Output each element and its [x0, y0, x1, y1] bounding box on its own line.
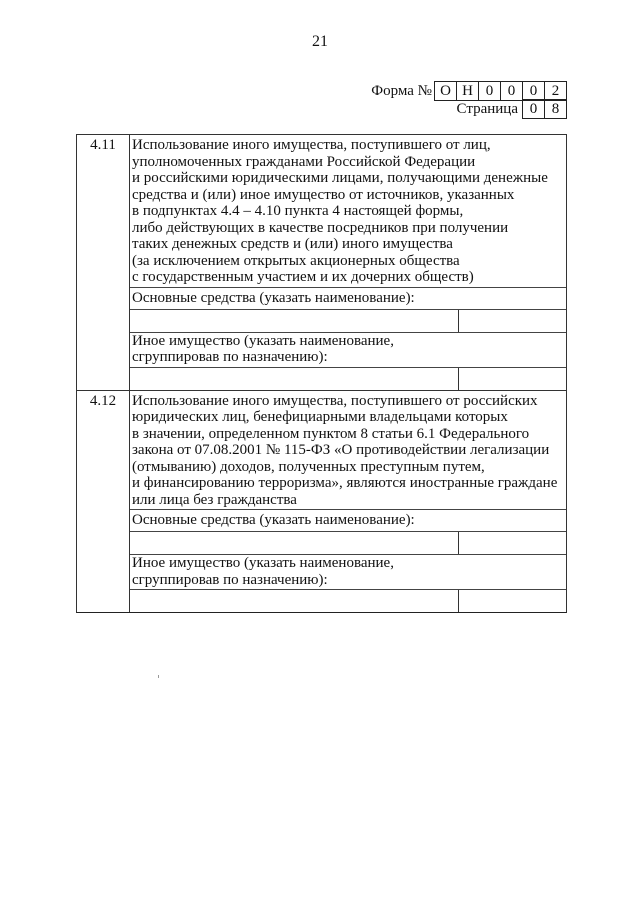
- property-usage-table: 4.11 Использование иного имущества, пост…: [76, 134, 567, 613]
- header-line: Использование иного имущества, поступивш…: [132, 137, 566, 154]
- header-line: (отмыванию) доходов, полученных преступн…: [132, 459, 566, 476]
- fixed-assets-value-field[interactable]: [459, 532, 566, 554]
- header-line: и финансированию терроризма», являются и…: [132, 475, 566, 492]
- other-property-name-field[interactable]: [130, 590, 459, 612]
- fixed-assets-name-field[interactable]: [130, 532, 459, 554]
- form-code-box: 0: [500, 81, 523, 101]
- header-line: Использование иного имущества, поступивш…: [132, 393, 566, 410]
- section-number: 4.11: [77, 135, 130, 390]
- other-property-label: Иное имущество (указать наименование, сг…: [130, 554, 566, 589]
- label-line: Иное имущество (указать наименование,: [132, 555, 566, 572]
- header-line: или лица без гражданства: [132, 492, 566, 509]
- other-property-entry-row[interactable]: [130, 589, 566, 612]
- form-code-boxes: О Н 0 0 0 2: [434, 81, 567, 101]
- header-line: либо действующих в качестве посредников …: [132, 220, 566, 237]
- header-line: с государственным участием и их дочерних…: [132, 269, 566, 286]
- fixed-assets-entry-row[interactable]: [130, 309, 566, 332]
- form-code-box: 0: [522, 81, 545, 101]
- other-property-entry-row[interactable]: [130, 367, 566, 390]
- label-line: сгруппировав по назначению):: [132, 572, 566, 589]
- section-4-11: 4.11 Использование иного имущества, пост…: [77, 135, 566, 390]
- scan-speck: [158, 675, 159, 678]
- header-line: таких денежных средств и (или) иного иму…: [132, 236, 566, 253]
- header-line: и российскими юридическими лицами, получ…: [132, 170, 566, 187]
- page-number-box: 8: [544, 99, 567, 119]
- form-code-box: О: [434, 81, 457, 101]
- form-code-box: 0: [478, 81, 501, 101]
- fixed-assets-entry-row[interactable]: [130, 531, 566, 554]
- other-property-value-field[interactable]: [459, 590, 566, 612]
- section-header: Использование иного имущества, поступивш…: [130, 391, 566, 510]
- fixed-assets-name-field[interactable]: [130, 310, 459, 332]
- fixed-assets-value-field[interactable]: [459, 310, 566, 332]
- section-number: 4.12: [77, 391, 130, 613]
- page-label: Страница: [457, 100, 518, 118]
- header-line: закона от 07.08.2001 № 115-ФЗ «О противо…: [132, 442, 566, 459]
- page-number-boxes: 0 8: [522, 99, 567, 119]
- page-number-box: 0: [522, 99, 545, 119]
- header-line: в значении, определенном пунктом 8 стать…: [132, 426, 566, 443]
- section-header: Использование иного имущества, поступивш…: [130, 135, 566, 287]
- header-line: (за исключением открытых акционерных общ…: [132, 253, 566, 270]
- header-line: в подпунктах 4.4 – 4.10 пункта 4 настоящ…: [132, 203, 566, 220]
- other-property-label: Иное имущество (указать наименование, сг…: [130, 332, 566, 367]
- label-line: Иное имущество (указать наименование,: [132, 333, 566, 350]
- label-line: сгруппировав по назначению):: [132, 349, 566, 366]
- fixed-assets-label: Основные средства (указать наименование)…: [130, 509, 566, 531]
- form-code-box: 2: [544, 81, 567, 101]
- header-line: юридических лиц, бенефициарными владельц…: [132, 409, 566, 426]
- section-4-12: 4.12 Использование иного имущества, пост…: [77, 390, 566, 613]
- other-property-name-field[interactable]: [130, 368, 459, 390]
- header-line: средства и (или) иное имущество от источ…: [132, 187, 566, 204]
- header-line: уполномоченных гражданами Российской Фед…: [132, 154, 566, 171]
- form-number-label: Форма №: [371, 82, 432, 100]
- form-code-box: Н: [456, 81, 479, 101]
- fixed-assets-label: Основные средства (указать наименование)…: [130, 287, 566, 309]
- page-number: 21: [0, 32, 640, 52]
- other-property-value-field[interactable]: [459, 368, 566, 390]
